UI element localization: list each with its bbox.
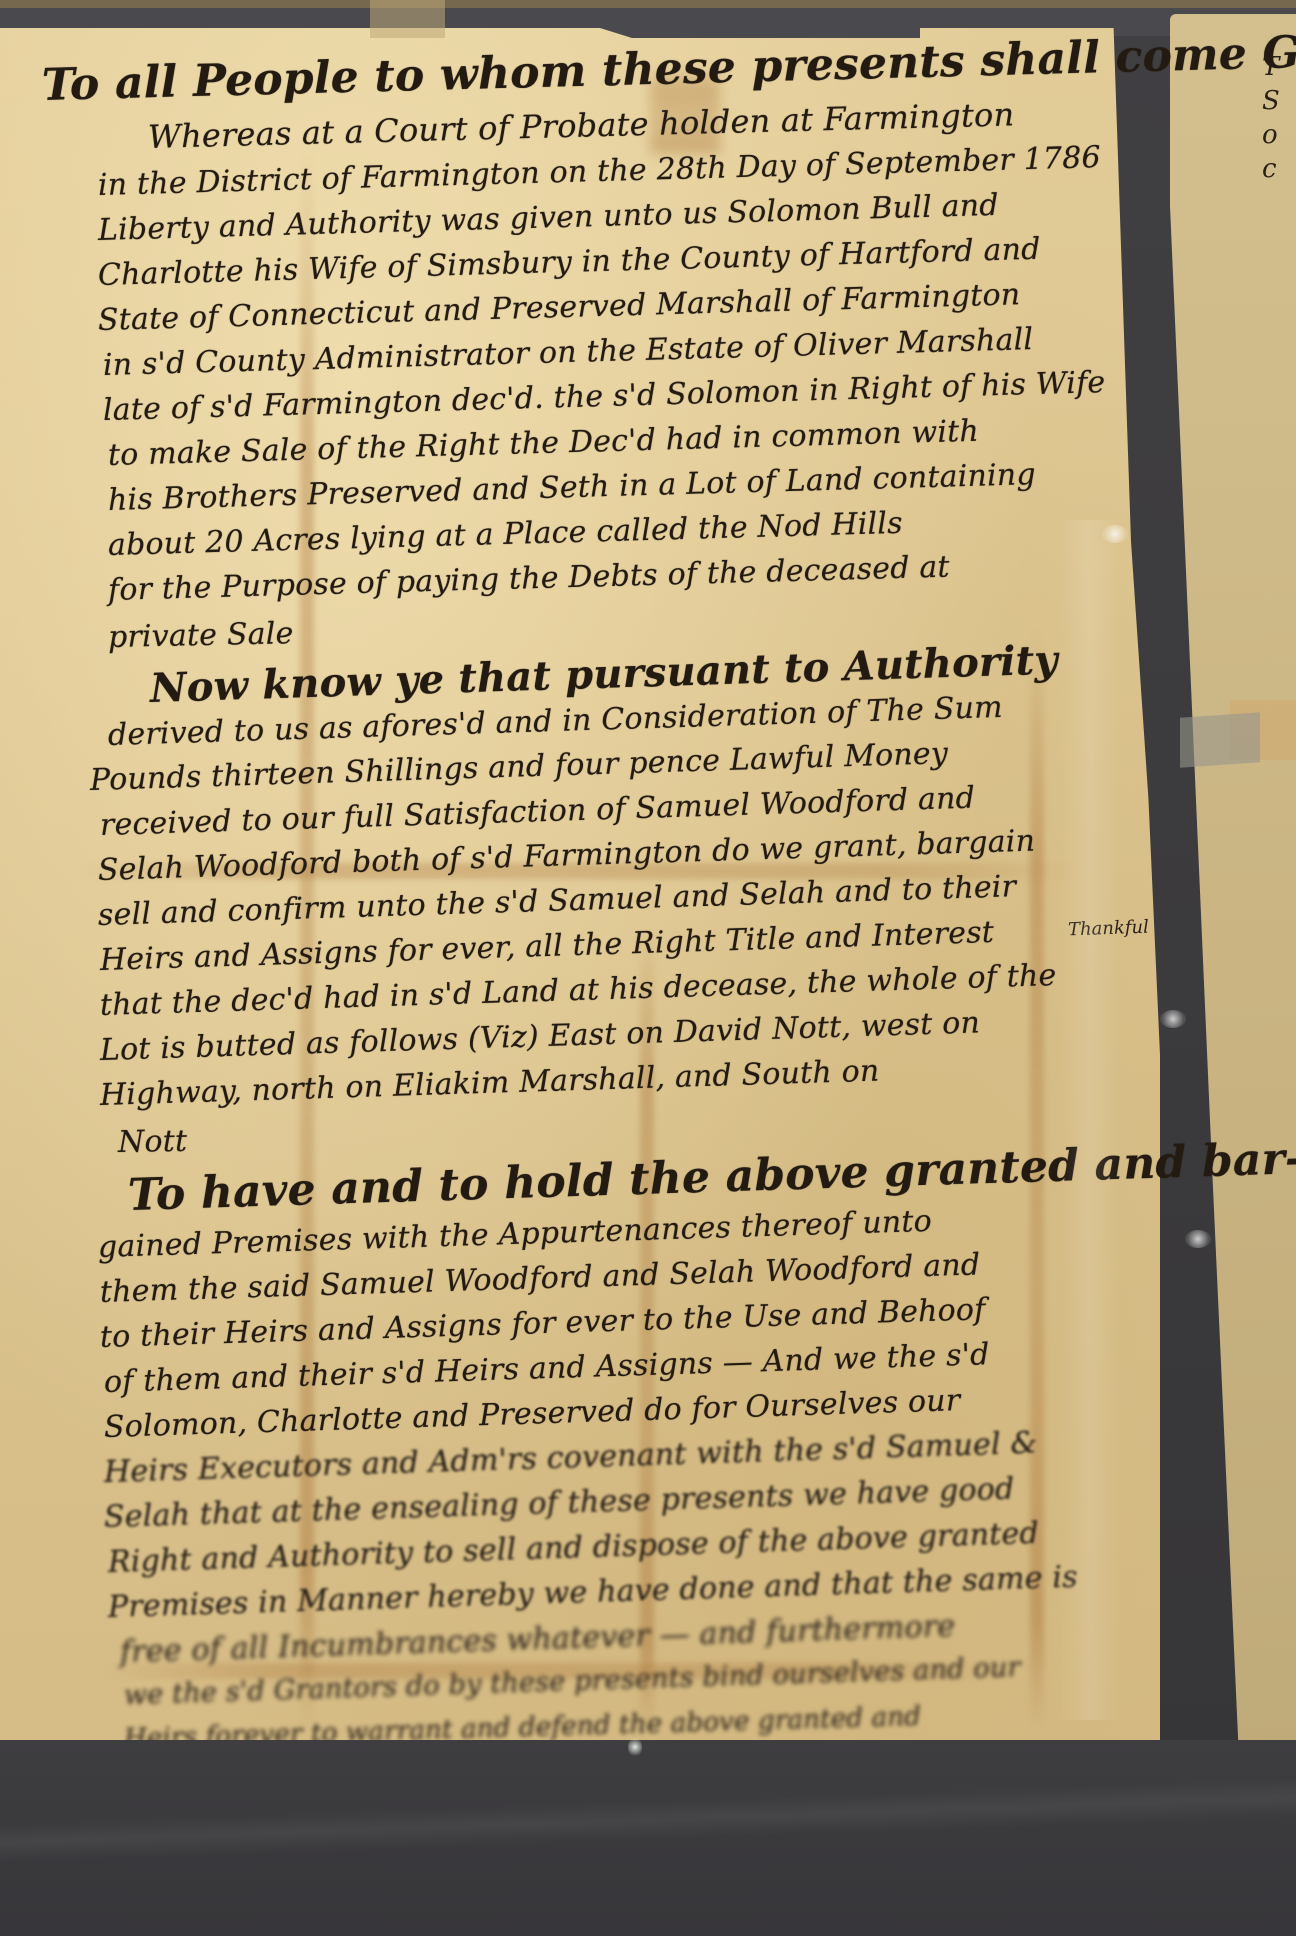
display-case-photo: T S o c To all People to whom these pres…: [0, 0, 1296, 1936]
sleeve-glare: [1102, 525, 1128, 543]
deed-text-lower: Heirs forever to warrant and defend the …: [0, 0, 1160, 1740]
tape-fragment: [1180, 712, 1260, 768]
adjacent-document-page: [1170, 14, 1296, 1934]
plastic-sleeve-edge: [1060, 520, 1120, 1720]
pin-highlight: [628, 1737, 642, 1757]
sleeve-glare: [1185, 1230, 1211, 1248]
sleeve-glare: [1160, 1010, 1186, 1028]
